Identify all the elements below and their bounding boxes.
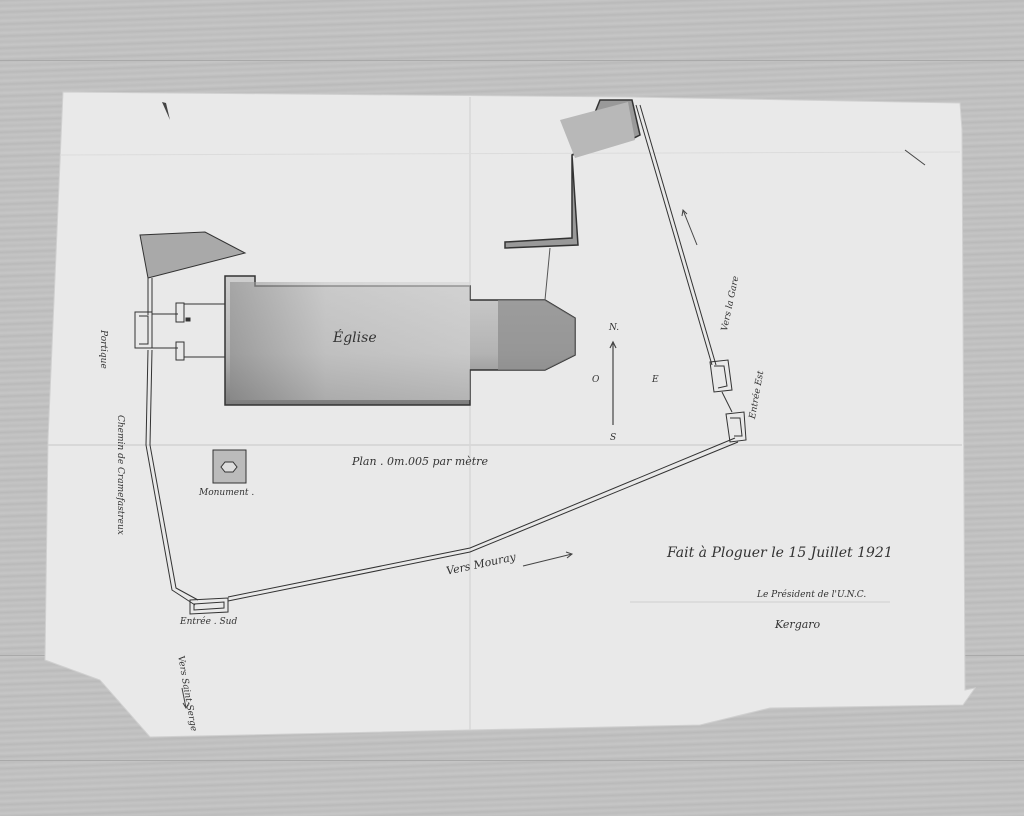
- porch-label: Portique: [98, 330, 108, 369]
- compass-west: O: [592, 375, 599, 385]
- plan-drawing: [0, 0, 1024, 816]
- scale-label: Plan . 0m.005 par mètre: [352, 455, 488, 468]
- monument-symbol: [213, 450, 246, 483]
- paper-sheet: [45, 92, 975, 737]
- compass-east: E: [652, 375, 659, 385]
- signature-place-date: Fait à Ploguer le 15 Juillet 1921: [667, 545, 893, 561]
- signature-title: Le Président de l'U.N.C.: [757, 590, 866, 600]
- signature: Kergaro: [775, 618, 820, 631]
- compass-south: S: [610, 433, 616, 443]
- monument-label: Monument .: [199, 488, 254, 498]
- road-west-label: Chemin de Cramefastreux: [115, 415, 125, 535]
- church-label: Église: [333, 330, 377, 346]
- compass-north: N.: [609, 323, 619, 333]
- south-gate-label: Entrée . Sud: [180, 617, 237, 627]
